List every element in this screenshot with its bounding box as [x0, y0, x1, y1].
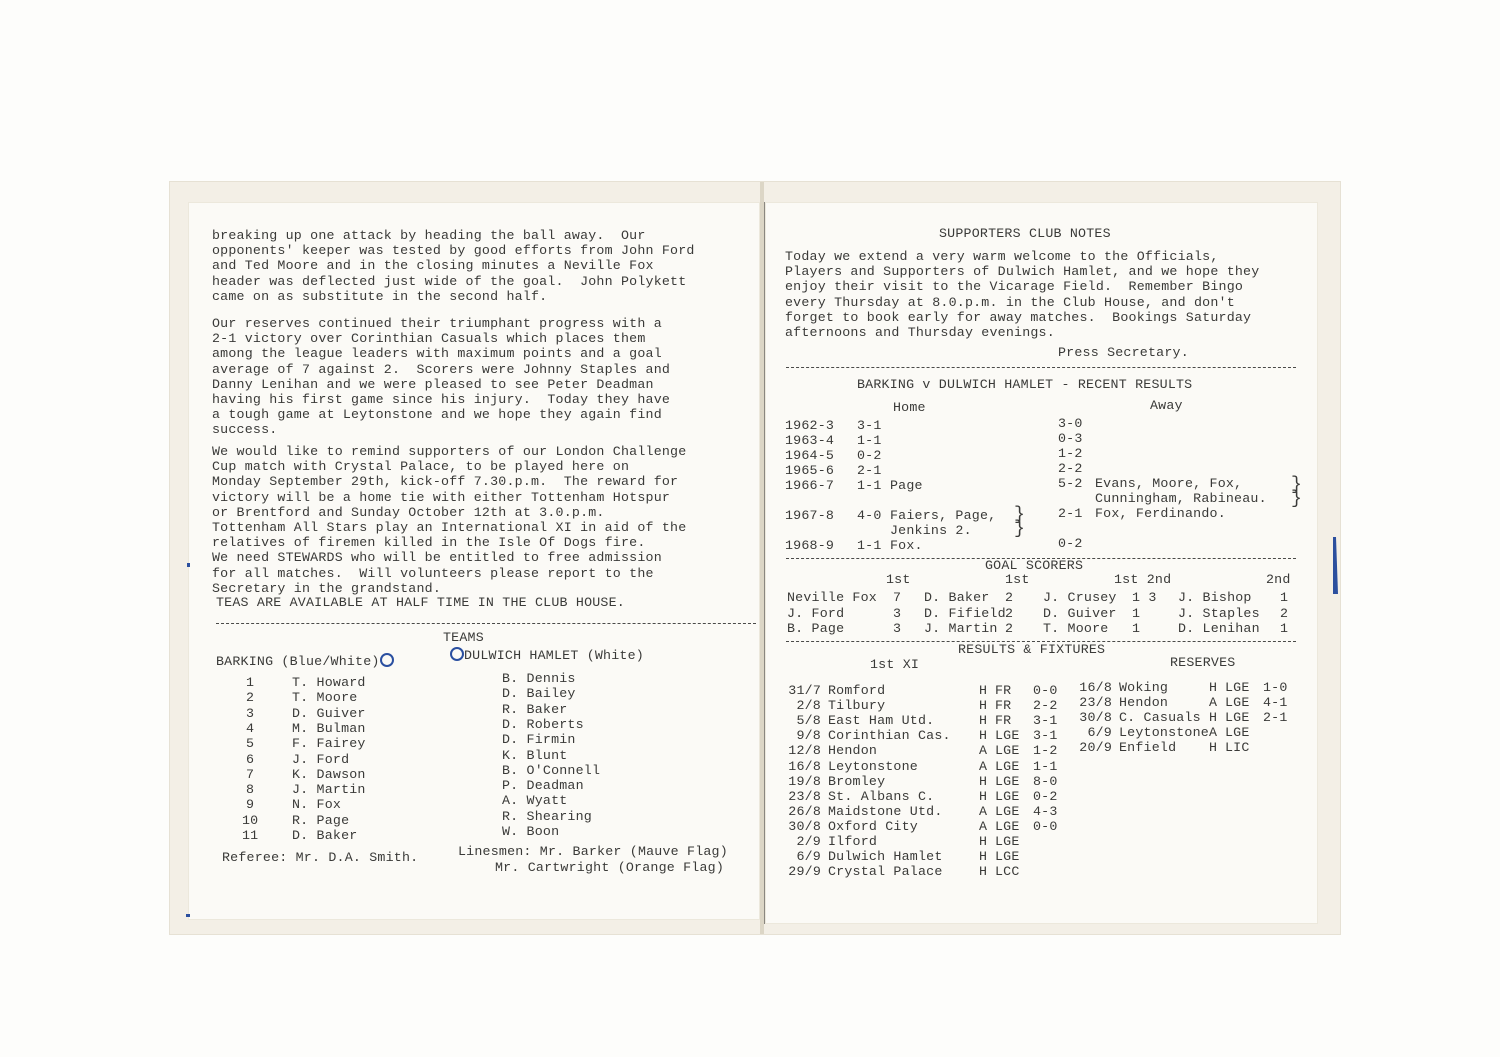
fixture-venue: A — [1209, 695, 1217, 710]
supporters-heading: SUPPORTERS CLUB NOTES — [939, 226, 1111, 241]
scorer-goals: 3 — [893, 621, 901, 636]
scorer-name: Neville Fox — [787, 590, 877, 605]
fixture-opponent: Ilford — [828, 834, 877, 849]
goal-column-header: 1st — [886, 572, 911, 587]
player-number: 3 — [246, 706, 254, 721]
fixture-competition: LGE — [1225, 695, 1250, 710]
fixture-venue: H — [979, 713, 987, 728]
fixture-opponent: Bromley — [828, 774, 885, 789]
supporters-text: Today we extend a very warm welcome to t… — [785, 249, 1259, 340]
fixture-opponent: Oxford City — [828, 819, 918, 834]
reserves-paragraph: Our reserves continued their triumphant … — [212, 316, 670, 438]
reserves-label: RESERVES — [1170, 655, 1235, 670]
scorer-name: J. Staples — [1178, 606, 1260, 621]
fixture-date: 29/9 — [785, 864, 821, 879]
fixture-competition: LGE — [995, 759, 1020, 774]
fixture-score: 0-0 — [1033, 819, 1058, 834]
teams-heading: TEAMS — [443, 630, 484, 645]
fixture-venue: A — [979, 759, 987, 774]
fixture-competition: LGE — [995, 804, 1020, 819]
fixture-date: 23/8 — [1076, 695, 1112, 710]
scorer-name: D. Lenihan — [1178, 621, 1260, 636]
scorer-name: D. Fifield — [924, 606, 1006, 621]
scorer-name: D. Baker — [924, 590, 989, 605]
player-name: R. Shearing — [502, 809, 592, 824]
fixture-opponent: Crystal Palace — [828, 864, 943, 879]
fixture-date: 5/8 — [785, 713, 821, 728]
fixture-opponent: Tilbury — [828, 698, 885, 713]
fixture-date: 6/9 — [1076, 725, 1112, 740]
home-team-header: BARKING (Blue/White) — [216, 653, 394, 669]
fixture-competition: LGE — [1225, 725, 1250, 740]
fixture-score: 8-0 — [1033, 774, 1058, 789]
brace-icon: } — [1291, 490, 1302, 508]
fixture-venue: H — [979, 849, 987, 864]
player-name: D. Baker — [292, 828, 357, 843]
scorer-name: T. Moore — [1043, 621, 1108, 636]
fixture-score: 2-2 — [1033, 698, 1058, 713]
fixture-score: 0-2 — [1033, 789, 1058, 804]
fixture-date: 23/8 — [785, 789, 821, 804]
fixture-venue: A — [979, 804, 987, 819]
fixture-competition: FR — [995, 713, 1011, 728]
linesman-1: Linesmen: Mr. Barker (Mauve Flag) — [458, 844, 728, 859]
player-name: T. Moore — [292, 690, 357, 705]
fixture-date: 30/8 — [785, 819, 821, 834]
home-score: 1-1 — [857, 478, 882, 493]
player-name: R. Page — [292, 813, 349, 828]
player-name: D. Bailey — [502, 686, 576, 701]
fixture-opponent: Leytonstone — [828, 759, 918, 774]
fixture-venue: H — [1209, 680, 1217, 695]
fixture-competition: LIC — [1225, 740, 1250, 755]
scorer-goals: 7 — [893, 590, 901, 605]
fixture-score: 2-1 — [1263, 710, 1288, 725]
player-name: N. Fox — [292, 797, 341, 812]
ink-mark — [187, 563, 190, 567]
fixture-venue: H — [979, 728, 987, 743]
fixture-score: 0-0 — [1033, 683, 1058, 698]
divider — [786, 367, 1296, 368]
fixture-opponent: St. Albans C. — [828, 789, 934, 804]
fixture-score: 1-1 — [1033, 759, 1058, 774]
home-scorers: Fox. — [890, 538, 923, 553]
season: 1967-8 — [785, 508, 834, 523]
player-number: 4 — [246, 721, 254, 736]
player-name: W. Boon — [502, 824, 559, 839]
fixture-competition: LGE — [995, 789, 1020, 804]
teas-notice: TEAS ARE AVAILABLE AT HALF TIME IN THE C… — [216, 595, 625, 610]
fixtures-heading: RESULTS & FIXTURES — [958, 642, 1105, 657]
fixture-competition: LGE — [1225, 680, 1250, 695]
goal-column-header: 1st 2nd — [1114, 572, 1171, 587]
player-number: 10 — [242, 813, 258, 828]
fixture-opponent: Maidstone Utd. — [828, 804, 943, 819]
brace-icon: } — [1014, 520, 1025, 538]
player-name: J. Martin — [292, 782, 366, 797]
away-score: 0-2 — [1058, 536, 1083, 551]
scorer-goals: 1 — [1132, 606, 1140, 621]
fixture-venue: H — [979, 774, 987, 789]
fixture-opponent: Romford — [828, 683, 885, 698]
fixture-venue: H — [979, 864, 987, 879]
player-number: 11 — [242, 828, 258, 843]
home-label: Home — [893, 400, 926, 415]
fixture-competition: LGE — [995, 834, 1020, 849]
scorer-goals: 3 — [893, 606, 901, 621]
goal-column-header: 1st — [1005, 572, 1030, 587]
fixture-date: 20/9 — [1076, 740, 1112, 755]
fixture-venue: H — [979, 789, 987, 804]
player-number: 7 — [246, 767, 254, 782]
linesman-2: Mr. Cartwright (Orange Flag) — [495, 860, 724, 875]
season: 1962-3 — [785, 418, 834, 433]
player-number: 1 — [246, 675, 254, 690]
fixture-opponent: Woking — [1119, 680, 1168, 695]
player-number: 8 — [246, 782, 254, 797]
fixture-date: 2/8 — [785, 698, 821, 713]
fixture-date: 19/8 — [785, 774, 821, 789]
fixture-date: 6/9 — [785, 849, 821, 864]
player-name: T. Howard — [292, 675, 366, 690]
circle-mark-icon — [380, 653, 394, 667]
player-name: D. Firmin — [502, 732, 576, 747]
away-score: 2-2 — [1058, 461, 1083, 476]
home-scorers: Faiers, Page, Jenkins 2. — [890, 508, 996, 538]
fixture-date: 26/8 — [785, 804, 821, 819]
announcements-paragraph: We would like to remind supporters of ou… — [212, 444, 686, 596]
player-name: A. Wyatt — [502, 793, 567, 808]
away-score: 0-3 — [1058, 431, 1083, 446]
season: 1966-7 — [785, 478, 834, 493]
scorer-goals: 2 — [1005, 590, 1013, 605]
player-name: M. Bulman — [292, 721, 366, 736]
season: 1968-9 — [785, 538, 834, 553]
fixture-opponent: Corinthian Cas. — [828, 728, 951, 743]
fixture-opponent: Dulwich Hamlet — [828, 849, 943, 864]
season: 1965-6 — [785, 463, 834, 478]
away-score: 3-0 — [1058, 416, 1083, 431]
player-name: J. Ford — [292, 752, 349, 767]
player-name: P. Deadman — [502, 778, 584, 793]
fixture-competition: FR — [995, 698, 1011, 713]
fixture-venue: A — [979, 819, 987, 834]
scorer-goals: 2 — [1005, 606, 1013, 621]
player-name: B. Dennis — [502, 671, 576, 686]
fixture-competition: LGE — [995, 774, 1020, 789]
fixture-venue: H — [979, 683, 987, 698]
away-team-header: DULWICH HAMLET (White) — [450, 647, 644, 663]
scorer-name: J. Martin — [924, 621, 998, 636]
away-scorers: Fox, Ferdinando. — [1095, 506, 1226, 521]
fixture-date: 16/8 — [785, 759, 821, 774]
scorer-goals: 2 — [1005, 621, 1013, 636]
player-name: K. Dawson — [292, 767, 366, 782]
recent-results-heading: BARKING v DULWICH HAMLET - RECENT RESULT… — [857, 377, 1192, 392]
fixture-date: 12/8 — [785, 743, 821, 758]
fixture-date: 16/8 — [1076, 680, 1112, 695]
fixture-competition: LGE — [995, 743, 1020, 758]
away-team-name: DULWICH HAMLET (White) — [464, 648, 644, 663]
fixture-competition: LCC — [995, 864, 1020, 879]
away-score: 1-2 — [1058, 446, 1083, 461]
fixture-date: 9/8 — [785, 728, 821, 743]
fixture-opponent: Leytonstone — [1119, 725, 1209, 740]
scorer-goals: 1 — [1280, 621, 1288, 636]
fixture-score: 3-1 — [1033, 713, 1058, 728]
scorer-name: J. Crusey — [1043, 590, 1117, 605]
first-xi-label: 1st XI — [870, 657, 919, 672]
player-number: 9 — [246, 797, 254, 812]
away-label: Away — [1150, 398, 1183, 413]
fixture-competition: LGE — [995, 819, 1020, 834]
player-number: 6 — [246, 752, 254, 767]
home-scorers: Page — [890, 478, 923, 493]
fixture-competition: LGE — [995, 849, 1020, 864]
scorer-name: J. Bishop — [1178, 590, 1252, 605]
player-name: R. Baker — [502, 702, 567, 717]
away-score: 2-1 — [1058, 506, 1083, 521]
fixture-venue: H — [1209, 740, 1217, 755]
season: 1964-5 — [785, 448, 834, 463]
goal-scorers-heading: GOAL SCORERS — [985, 558, 1083, 573]
referee: Referee: Mr. D.A. Smith. — [222, 850, 418, 865]
fixture-opponent: Hendon — [1119, 695, 1168, 710]
player-number: 2 — [246, 690, 254, 705]
fixture-date: 30/8 — [1076, 710, 1112, 725]
player-name: K. Blunt — [502, 748, 567, 763]
season: 1963-4 — [785, 433, 834, 448]
fixture-score: 4-1 — [1263, 695, 1288, 710]
home-team-name: BARKING (Blue/White) — [216, 654, 380, 669]
scorer-goals: 1 — [1132, 621, 1140, 636]
player-name: B. O'Connell — [502, 763, 600, 778]
fixture-score: 1-2 — [1033, 743, 1058, 758]
fixture-venue: A — [979, 743, 987, 758]
fixture-score: 1-0 — [1263, 680, 1288, 695]
fixture-competition: LGE — [1225, 710, 1250, 725]
scorer-goals: 1 — [1280, 590, 1288, 605]
scorer-goals: 1 3 — [1132, 590, 1157, 605]
press-secretary-signature: Press Secretary. — [1058, 345, 1189, 360]
scorer-name: J. Ford — [787, 606, 844, 621]
home-score: 1-1 — [857, 433, 882, 448]
player-name: D. Roberts — [502, 717, 584, 732]
home-score: 2-1 — [857, 463, 882, 478]
scorer-goals: 2 — [1280, 606, 1288, 621]
goal-column-header: 2nd — [1266, 572, 1291, 587]
fixture-opponent: East Ham Utd. — [828, 713, 934, 728]
home-score: 4-0 — [857, 508, 882, 523]
fixture-venue: H — [1209, 710, 1217, 725]
player-name: F. Fairey — [292, 736, 366, 751]
fixture-opponent: C. Casuals — [1119, 710, 1201, 725]
fixture-date: 31/7 — [785, 683, 821, 698]
fixture-competition: FR — [995, 683, 1011, 698]
away-scorers: Evans, Moore, Fox, Cunningham, Rabineau. — [1095, 476, 1267, 506]
match-report-paragraph: breaking up one attack by heading the ba… — [212, 228, 695, 304]
scorer-name: B. Page — [787, 621, 844, 636]
ink-mark — [186, 914, 190, 917]
fixture-opponent: Hendon — [828, 743, 877, 758]
fixture-date: 2/9 — [785, 834, 821, 849]
fixture-venue: H — [979, 698, 987, 713]
away-score: 5-2 — [1058, 476, 1083, 491]
player-name: D. Guiver — [292, 706, 366, 721]
player-number: 5 — [246, 736, 254, 751]
fixture-venue: A — [1209, 725, 1217, 740]
fixture-venue: H — [979, 834, 987, 849]
fixture-score: 4-3 — [1033, 804, 1058, 819]
home-score: 0-2 — [857, 448, 882, 463]
divider — [216, 623, 756, 624]
circle-mark-icon — [450, 647, 464, 661]
home-score: 1-1 — [857, 538, 882, 553]
fixture-score: 3-1 — [1033, 728, 1058, 743]
scorer-name: D. Guiver — [1043, 606, 1117, 621]
home-score: 3-1 — [857, 418, 882, 433]
fixture-competition: LGE — [995, 728, 1020, 743]
fixture-opponent: Enfield — [1119, 740, 1176, 755]
